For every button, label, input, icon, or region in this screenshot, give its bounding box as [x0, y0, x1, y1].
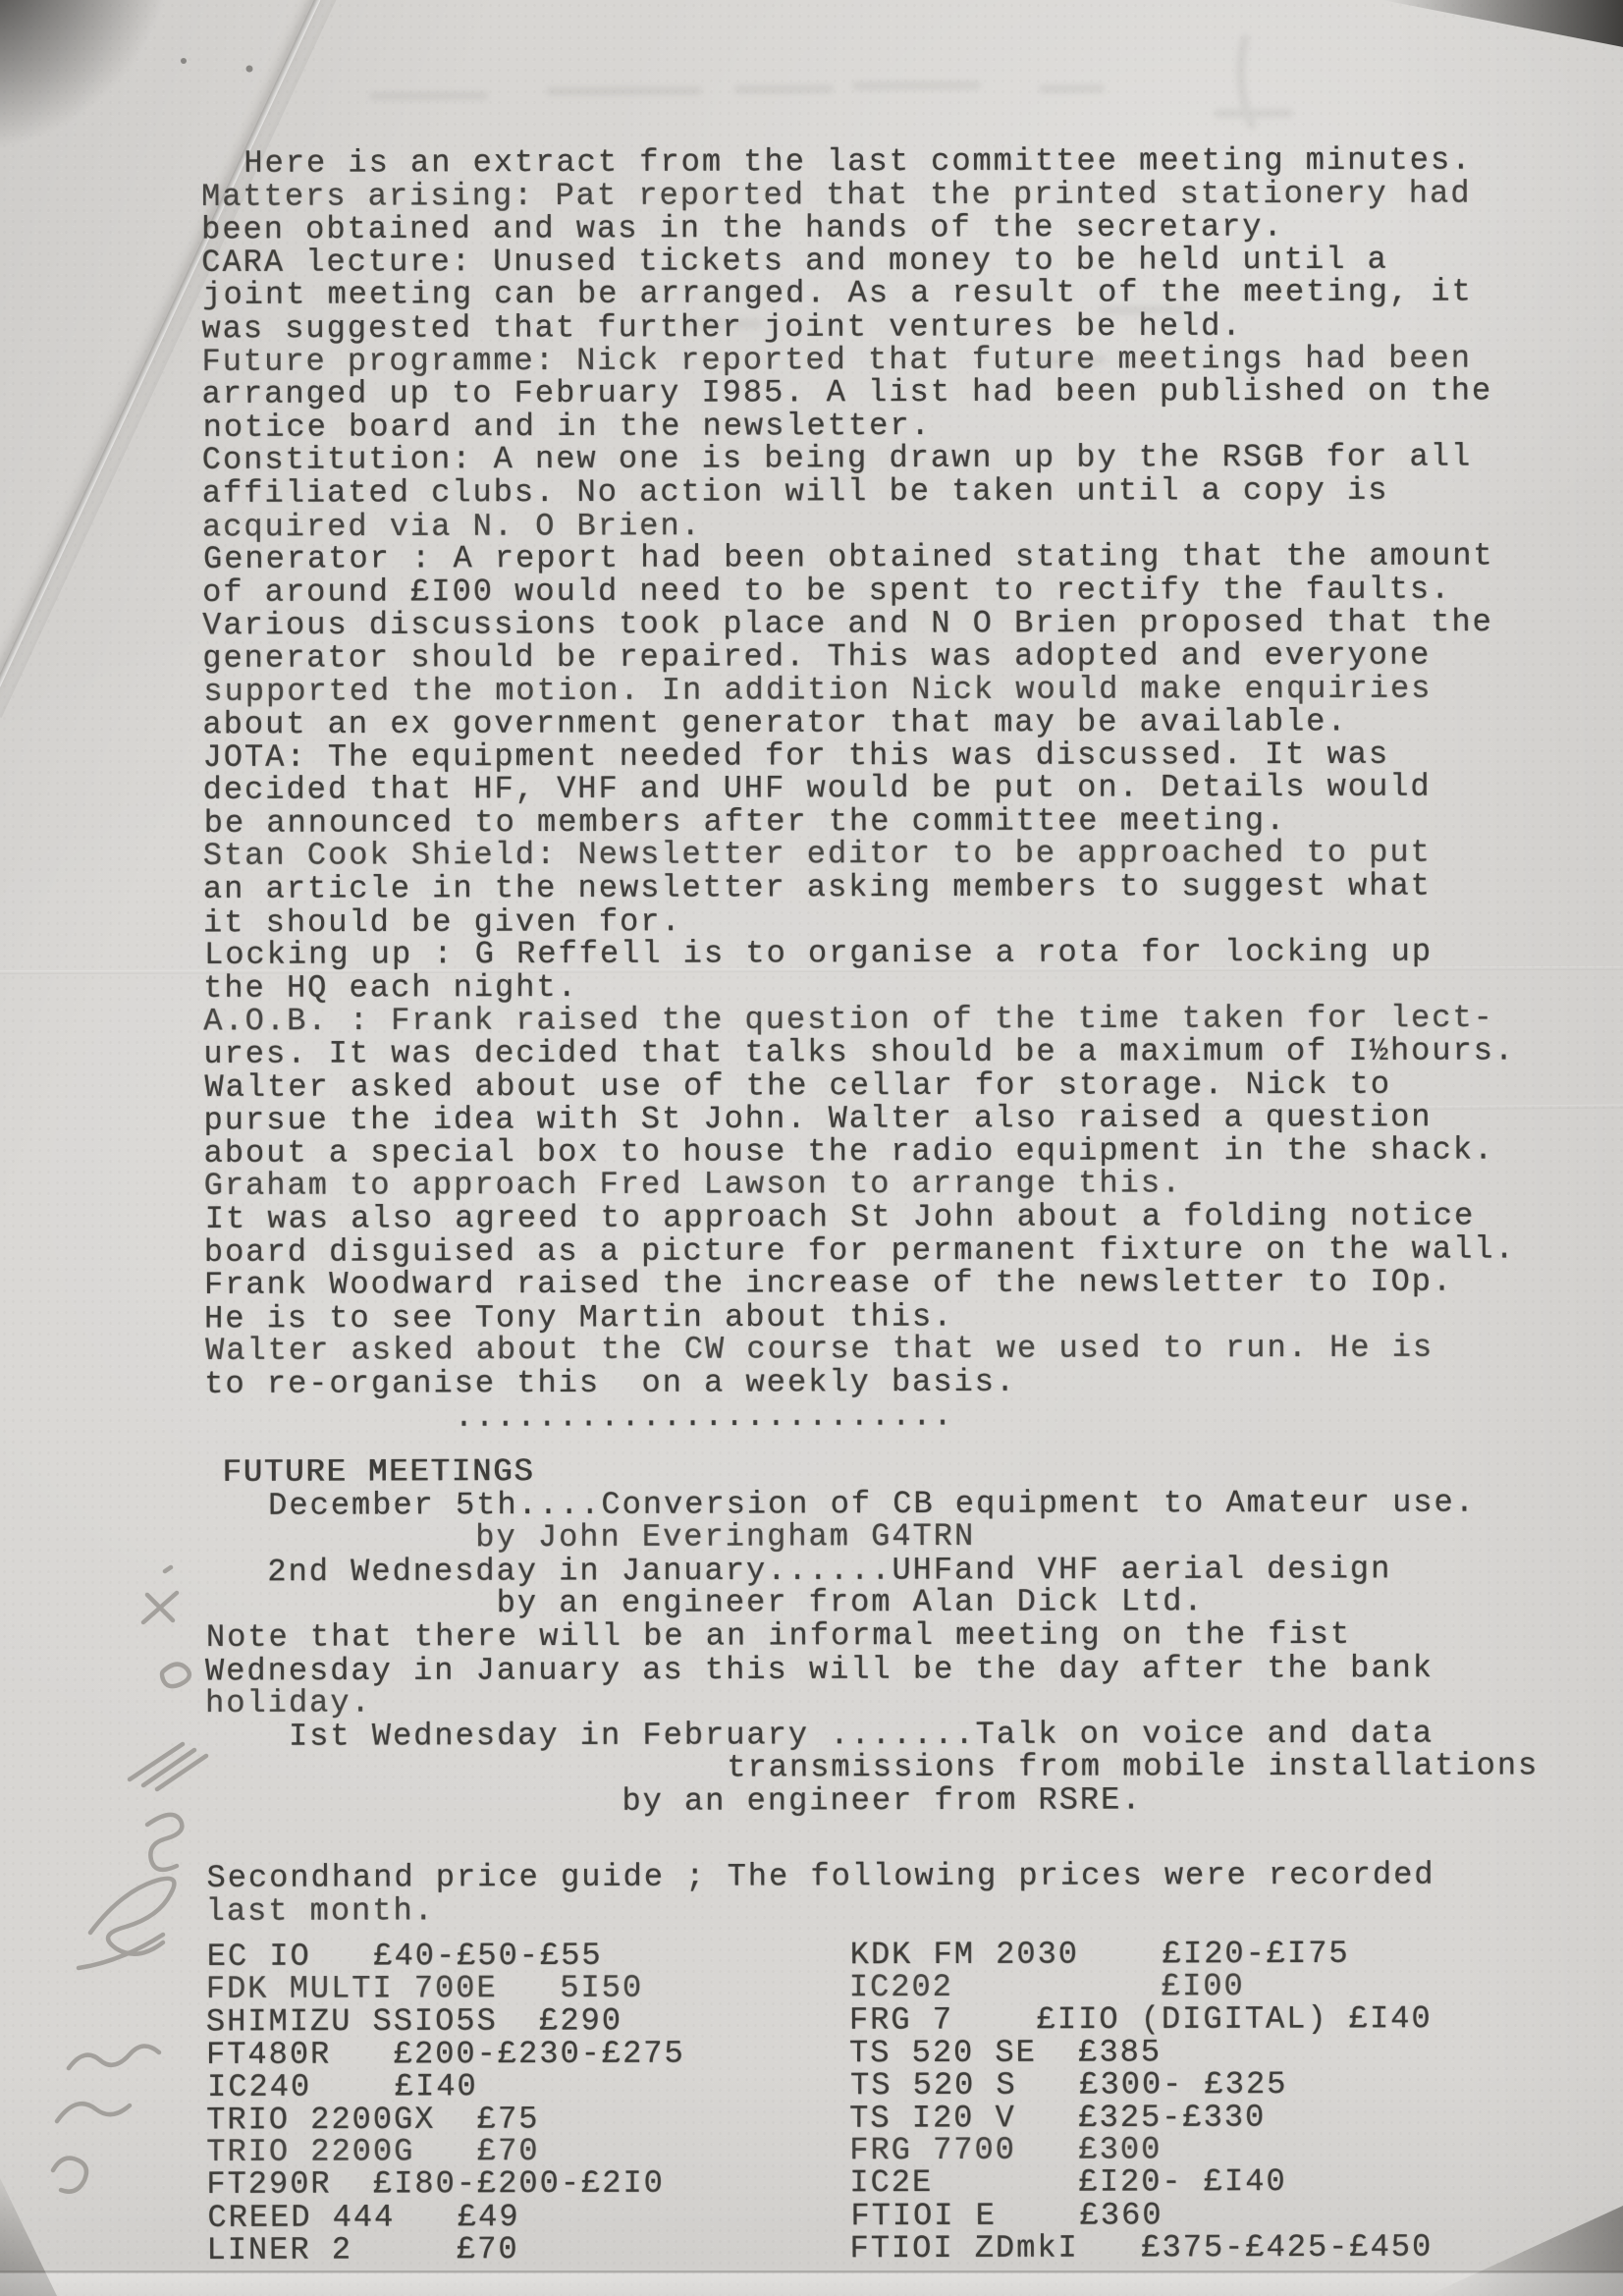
- typed-line: pursue the idea with St John. Walter als…: [203, 1101, 1515, 1137]
- typed-line: Walter asked about the CW course that we…: [205, 1332, 1517, 1368]
- typed-line: affiliated clubs. No action will be take…: [202, 473, 1514, 510]
- price-row: TRIO 2200G £70: [206, 2134, 849, 2168]
- typed-line: last month.: [206, 1892, 1434, 1929]
- price-row: TRIO 2200GX £75: [206, 2103, 849, 2137]
- typed-line: It was also agreed to approach St John a…: [205, 1199, 1517, 1235]
- typed-line: Stan Cook Shield: Newsletter editor to b…: [203, 837, 1515, 873]
- price-columns: EC IO £40-£50-£55FDK MULTI 700E 5I50SHIM…: [206, 1938, 1435, 2267]
- typed-line: Here is an extract from the last committ…: [202, 143, 1514, 180]
- price-row: SHIMIZU SSIO5S £290: [206, 2004, 849, 2039]
- typed-line: 2nd Wednesday in January......UHFand VHF…: [205, 1553, 1538, 1589]
- price-row: CREED 444 £49: [207, 2200, 850, 2234]
- price-row: FTIOI ZDmkI £375-£425-£450: [849, 2230, 1433, 2265]
- price-row: IC240 £I40: [207, 2069, 850, 2104]
- typed-line: Frank Woodward raised the increase of th…: [204, 1266, 1516, 1302]
- price-row: FT480R £200-£230-£275: [206, 2037, 849, 2071]
- price-row: LINER 2 £70: [206, 2232, 849, 2267]
- typed-line: Generator : A report had been obtained s…: [203, 540, 1515, 576]
- typed-line: an article in the newsletter asking memb…: [203, 869, 1515, 905]
- typed-line: been obtained and was in the hands of th…: [201, 210, 1513, 246]
- typed-line: Various discussions took place and N O B…: [202, 606, 1514, 642]
- price-row: IC202 £I00: [849, 1970, 1433, 2004]
- typed-line: Future programme: Nick reported that fut…: [201, 342, 1513, 378]
- typed-line: Note that there will be an informal meet…: [206, 1617, 1539, 1654]
- price-row: FRG 7700 £300: [849, 2133, 1433, 2167]
- price-row: TS 520 SE £385: [849, 2035, 1433, 2069]
- minutes-lines: Here is an extract from the last committ…: [201, 143, 1516, 1434]
- typed-line: by John Everingham G4TRN: [205, 1519, 1538, 1556]
- price-row: IC2E £I20- £I40: [849, 2165, 1433, 2200]
- typed-line: A.O.B. : Frank raised the question of th…: [203, 1002, 1515, 1038]
- typed-line: about a special box to house the radio e…: [204, 1133, 1516, 1170]
- price-row: TS I20 V £325-£330: [849, 2101, 1433, 2135]
- typed-line: notice board and in the newsletter.: [203, 408, 1515, 444]
- typed-text-layer: Here is an extract from the last committ…: [0, 0, 1623, 2296]
- typed-line: Locking up : G Reffell is to organise a …: [204, 936, 1516, 972]
- typed-line: the HQ each night.: [203, 968, 1515, 1005]
- price-row: FTIOI E £360: [850, 2198, 1434, 2232]
- price-row: EC IO £40-£50-£55: [207, 1939, 850, 1973]
- price-guide-intro: Secondhand price guide ; The following p…: [205, 1859, 1434, 1929]
- typed-line: joint meeting can be arranged. As a resu…: [202, 276, 1514, 312]
- typed-line: Wednesday in January as this will be the…: [205, 1652, 1538, 1688]
- price-column-left: EC IO £40-£50-£55FDK MULTI 700E 5I50SHIM…: [206, 1939, 850, 2267]
- scanned-document-page: Here is an extract from the last committ…: [0, 0, 1623, 2296]
- typed-line: Matters arising: Pat reported that the p…: [201, 177, 1513, 213]
- typed-line: ........................: [204, 1398, 1516, 1435]
- price-row: FDK MULTI 700E 5I50: [206, 1971, 849, 2005]
- price-guide-section: Secondhand price guide ; The following p…: [205, 1859, 1434, 2267]
- price-row: KDK FM 2030 £I20-£I75: [850, 1938, 1434, 1972]
- typed-line: supported the motion. In addition Nick w…: [203, 672, 1515, 708]
- price-row: TS 520 S £300- £325: [850, 2067, 1434, 2102]
- typed-line: holiday.: [205, 1684, 1538, 1721]
- typed-line: decided that HF, VHF and UHF would be pu…: [203, 771, 1515, 807]
- typed-line: December 5th....Conversion of CB equipme…: [205, 1486, 1538, 1522]
- future-meetings-lines: December 5th....Conversion of CB equipme…: [204, 1486, 1538, 1819]
- price-row: FRG 7 £IIO (DIGITAL) £I40: [849, 2003, 1433, 2038]
- typed-line: by an engineer from RSRE.: [205, 1782, 1538, 1819]
- price-column-right: KDK FM 2030 £I20-£I75IC202 £I00FRG 7 £II…: [849, 1938, 1434, 2266]
- typed-line: Secondhand price guide ; The following p…: [206, 1859, 1434, 1895]
- typed-line: about an ex government generator that ma…: [202, 705, 1514, 741]
- typed-line: Walter asked about use of the cellar for…: [204, 1067, 1516, 1104]
- minutes-section: Here is an extract from the last committ…: [201, 143, 1516, 1434]
- typed-line: of around £I00 would need to be spent to…: [202, 573, 1514, 609]
- typed-line: transmissions from mobile installations: [206, 1750, 1539, 1786]
- price-row: FT290R £I80-£200-£2I0: [206, 2167, 849, 2202]
- typed-line: arranged up to February I985. A list had…: [202, 375, 1514, 411]
- future-meetings-section: FUTURE MEETINGS December 5th....Conversi…: [204, 1452, 1538, 1819]
- typed-line: to re-organise this on a weekly basis.: [204, 1364, 1516, 1400]
